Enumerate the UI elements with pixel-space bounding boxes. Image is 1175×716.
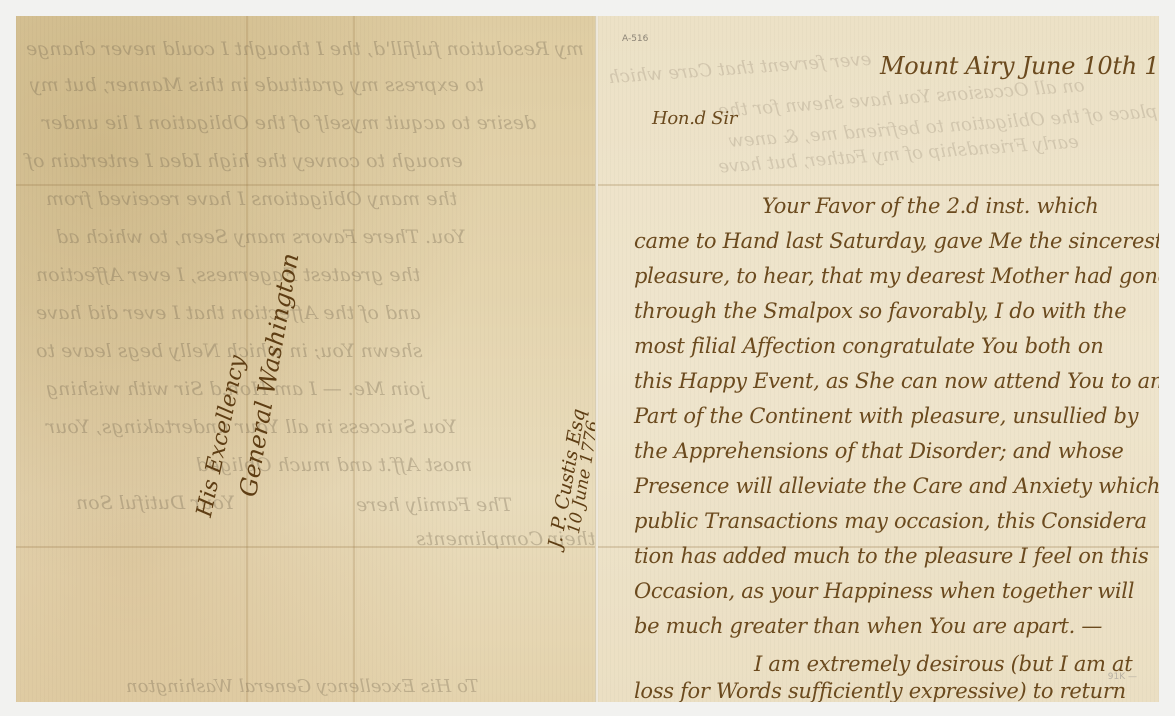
letter-line: the Apprehensions of that Disorder; and … <box>634 439 1124 463</box>
letter-line: pleasure, to hear, that my dearest Mothe… <box>634 264 1159 288</box>
bleed-through-line: my Resolution fulfill'd, the I thought I… <box>26 38 584 60</box>
letter-line: tion has added much to the pleasure I fe… <box>634 544 1149 568</box>
bleed-through-line: to express my gratitude in this Manner, … <box>30 74 484 96</box>
bleed-through-line: and of the Affection that I ever did hav… <box>36 302 421 324</box>
bleed-through-address: To His Excellency General Washington <box>126 676 478 697</box>
letter-line: Part of the Continent with pleasure, uns… <box>634 404 1138 428</box>
document-scan: my Resolution fulfill'd, the I thought I… <box>0 0 1175 716</box>
right-page: A-516 ever fervent that Care which on al… <box>598 16 1159 702</box>
catalog-number: A-516 <box>622 34 648 44</box>
pencil-annotation: 91K — <box>1108 672 1137 682</box>
bleed-through-line: ever fervent that Care which <box>608 49 872 88</box>
letter-line: came to Hand last Saturday, gave Me the … <box>634 229 1159 253</box>
letter-line: public Transactions may occasion, this C… <box>634 509 1147 533</box>
left-page: my Resolution fulfill'd, the I thought I… <box>16 16 596 702</box>
fold-line <box>598 184 1159 186</box>
fold-line <box>16 184 596 186</box>
letter-line: through the Smalpox so favorably, I do w… <box>634 299 1126 323</box>
letter-line: be much greater than when You are apart.… <box>634 614 1102 638</box>
bleed-through-line: desire to acquit myself of the Obligatio… <box>42 112 536 134</box>
bleed-through-line: enough to convey the high Idea I enterta… <box>26 150 463 172</box>
letter-line: loss for Words sufficiently expressive) … <box>634 679 1126 702</box>
letter-dateline: Mount Airy June 10th 1776 <box>880 52 1159 80</box>
letter-line: this Happy Event, as She can now attend … <box>634 369 1159 393</box>
bleed-through-line: the greatest Eagerness, I ever Affection <box>36 264 420 286</box>
letter-line: I am extremely desirous (but I am at <box>754 652 1132 676</box>
letter-line: Your Favor of the 2.d inst. which <box>762 194 1099 218</box>
letter-salutation: Hon.d Sir <box>652 108 737 129</box>
letter-line: Occasion, as your Happiness when togethe… <box>634 579 1134 603</box>
letter-line: Presence will alleviate the Care and Anx… <box>634 474 1159 498</box>
bleed-through-signoff: The Family here <box>356 494 512 516</box>
bleed-through-line: the many Obligations I have received fro… <box>46 188 457 210</box>
letter-line: most filial Affection congratulate You b… <box>634 334 1103 358</box>
bleed-through-line: You. There Favors many Seen, to which ad <box>56 226 466 248</box>
